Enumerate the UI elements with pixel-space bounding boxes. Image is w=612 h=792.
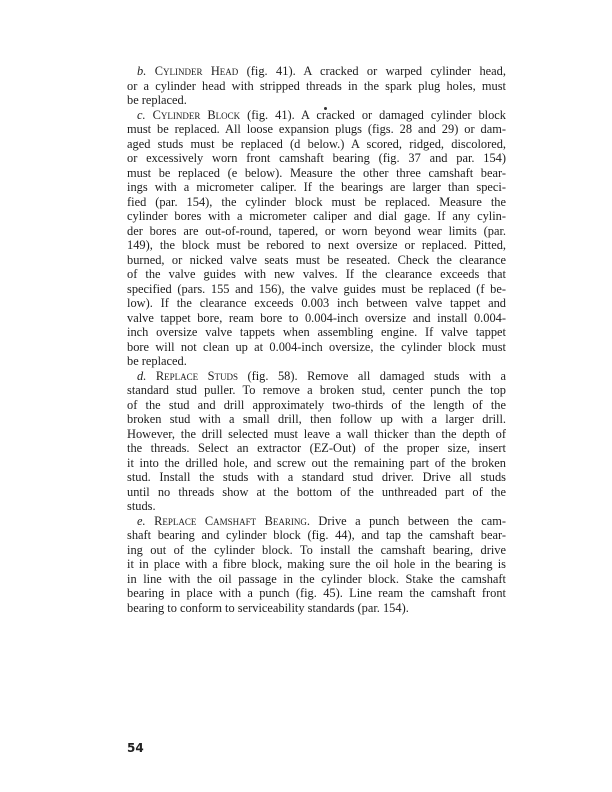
- paragraph-line: the threads. Select an extractor (EZ-Out…: [127, 441, 506, 456]
- paragraph-d-replace-studs: d. Replace Studs (fig. 58). Remove all d…: [127, 369, 506, 514]
- paragraph-line: c. Cylinder Block (fig. 41). A cracked o…: [127, 108, 506, 123]
- paragraph-line: e. Replace Camshaft Bearing. Drive a pun…: [127, 514, 506, 529]
- page-body: b. Cylinder Head (fig. 41). A cracked or…: [127, 64, 506, 615]
- paragraph-line: studs.: [127, 499, 506, 514]
- section-letter: e.: [137, 514, 146, 528]
- paragraph-line: specified (pars. 155 and 156), the valve…: [127, 282, 506, 297]
- section-heading: Replace Studs: [156, 369, 238, 383]
- paragraph-c-cylinder-block: c. Cylinder Block (fig. 41). A cracked o…: [127, 108, 506, 369]
- section-letter: b.: [137, 64, 146, 78]
- paragraph-e-replace-camshaft-bearing: e. Replace Camshaft Bearing. Drive a pun…: [127, 514, 506, 616]
- section-letter: d.: [137, 369, 146, 383]
- paragraph-line: aged studs must be replaced (d below.) A…: [127, 137, 506, 152]
- paragraph-line: fied (par. 154), the cylinder block must…: [127, 195, 506, 210]
- paragraph-line: until no threads show at the bottom of t…: [127, 485, 506, 500]
- paragraph-line: cylinder bores with a micrometer caliper…: [127, 209, 506, 224]
- paragraph-line: be replaced.: [127, 354, 506, 369]
- paragraph-line: bearing to conform to serviceability sta…: [127, 601, 506, 616]
- section-heading: Cylinder Head: [155, 64, 239, 78]
- paragraph-line: 149), the block must be rebored to next …: [127, 238, 506, 253]
- paragraph-line: of the valve guides with new valves. If …: [127, 267, 506, 282]
- paragraph-line: burned, or nicked valve seats must be re…: [127, 253, 506, 268]
- paragraph-line: valve tappet bore, ream bore to 0.004-in…: [127, 311, 506, 326]
- scan-speck: [324, 107, 327, 110]
- paragraph-line: ings with a micrometer caliper. If the b…: [127, 180, 506, 195]
- paragraph-line: or a cylinder head with stripped threads…: [127, 79, 506, 94]
- paragraph-line: ing out of the cylinder block. To instal…: [127, 543, 506, 558]
- paragraph-line: low). If the clearance exceeds 0.003 inc…: [127, 296, 506, 311]
- paragraph-line: standard stud puller. To remove a broken…: [127, 383, 506, 398]
- paragraph-line: in line with the oil passage in the cyli…: [127, 572, 506, 587]
- paragraph-line: d. Replace Studs (fig. 58). Remove all d…: [127, 369, 506, 384]
- paragraph-line: or excessively worn front camshaft beari…: [127, 151, 506, 166]
- paragraph-line: broken stud with a small drill, then fol…: [127, 412, 506, 427]
- paragraph-line: shaft bearing and cylinder block (fig. 4…: [127, 528, 506, 543]
- paragraph-b-cylinder-head: b. Cylinder Head (fig. 41). A cracked or…: [127, 64, 506, 108]
- paragraph-line: be replaced.: [127, 93, 506, 108]
- paragraph-line: bore will not clean up at 0.004-inch ove…: [127, 340, 506, 355]
- section-letter: c.: [137, 108, 146, 122]
- paragraph-line: must be replaced. All loose expansion pl…: [127, 122, 506, 137]
- paragraph-line: b. Cylinder Head (fig. 41). A cracked or…: [127, 64, 506, 79]
- section-heading: Replace Camshaft Bearing.: [154, 514, 310, 528]
- page-number: 54: [127, 741, 144, 755]
- paragraph-line: must be replaced (e below). Measure the …: [127, 166, 506, 181]
- paragraph-line: of the stud and drill approximately two-…: [127, 398, 506, 413]
- paragraph-line: der bores are out-of-round, tapered, or …: [127, 224, 506, 239]
- section-heading: Cylinder Block: [153, 108, 241, 122]
- paragraph-line: bearing in place with a punch (fig. 45).…: [127, 586, 506, 601]
- paragraph-line: stud. Install the studs with a standard …: [127, 470, 506, 485]
- paragraph-line: it into the drilled hole, and screw out …: [127, 456, 506, 471]
- paragraph-line: inch oversize valve tappets when assembl…: [127, 325, 506, 340]
- paragraph-line: However, the drill selected must leave a…: [127, 427, 506, 442]
- paragraph-line: it in place with a fibre block, making s…: [127, 557, 506, 572]
